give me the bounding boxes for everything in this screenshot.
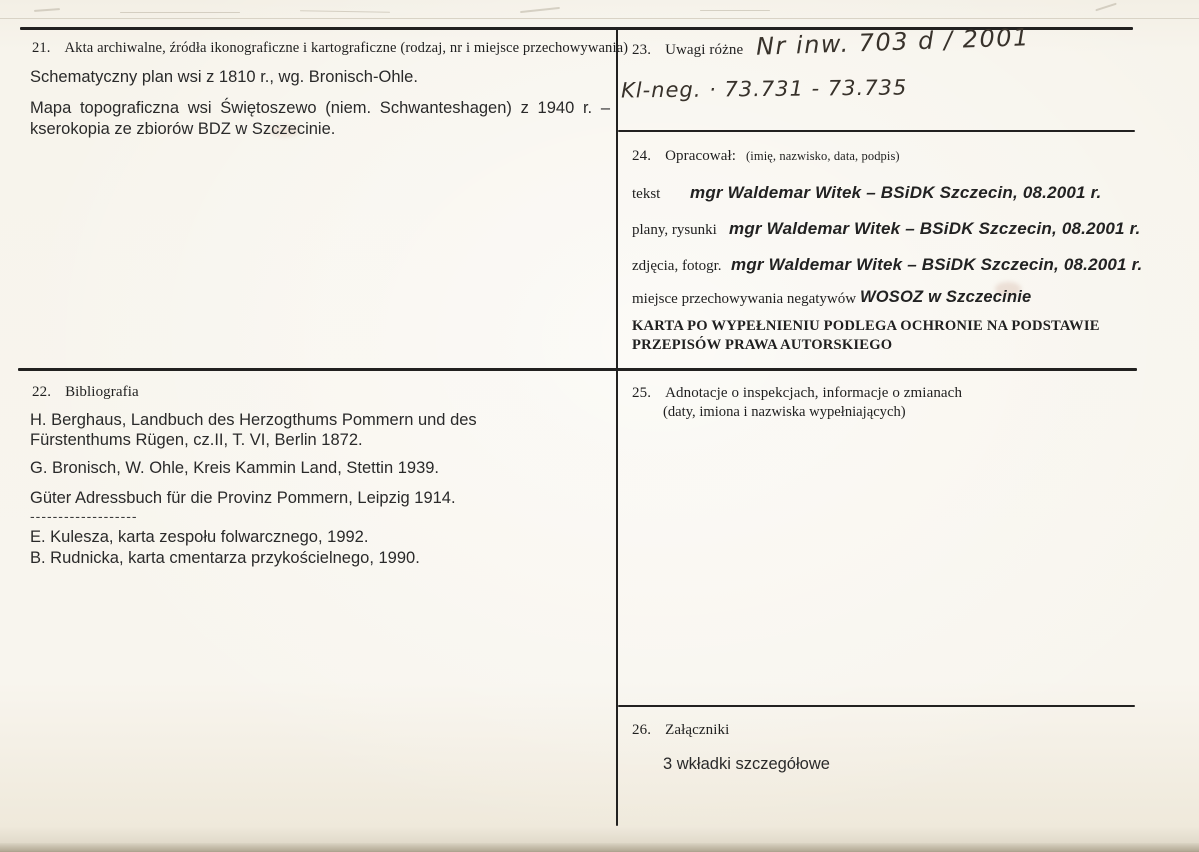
section-21-paragraph-2: Mapa topograficzna wsi Świętoszewo (niem… bbox=[30, 98, 610, 140]
section-21-number: 21. bbox=[32, 40, 51, 56]
bibliography-divider-dashes: ------------------- bbox=[30, 508, 138, 524]
handwritten-negative-numbers: Kl-neg. · 73.731 - 73.735 bbox=[621, 76, 908, 103]
bibliography-entry: H. Berghaus, Landbuch des Herzogthums Po… bbox=[30, 410, 580, 451]
right-divider-above-s26 bbox=[618, 705, 1135, 707]
copyright-notice: KARTA PO WYPEŁNIENIU PODLEGA OCHRONIE NA… bbox=[632, 317, 1140, 355]
scan-bottom-shadow bbox=[0, 843, 1199, 852]
scan-artifact bbox=[700, 10, 770, 11]
scan-artifact bbox=[34, 8, 60, 12]
row-tekst-value: mgr Waldemar Witek – BSiDK Szczecin, 08.… bbox=[690, 183, 1101, 203]
bibliography-entry: B. Rudnicka, karta cmentarza przykościel… bbox=[30, 549, 610, 568]
section-24-header: 24.Opracował:(imię, nazwisko, data, podp… bbox=[632, 148, 900, 165]
section-23-title: Uwagi różne bbox=[665, 42, 743, 58]
scanned-card-page: 21.Akta archiwalne, źródła ikonograficzn… bbox=[0, 0, 1199, 852]
scan-artifact bbox=[300, 10, 390, 13]
scan-artifact bbox=[1095, 3, 1117, 12]
section-25-number: 25. bbox=[632, 385, 651, 401]
bibliography-entry: Güter Adressbuch für die Provinz Pommern… bbox=[30, 489, 610, 508]
scan-artifact bbox=[120, 12, 240, 13]
section-26-header: 26.Załączniki bbox=[632, 722, 729, 739]
section-21-paragraph-1: Schematyczny plan wsi z 1810 r., wg. Bro… bbox=[30, 68, 612, 87]
top-edge-faint-line bbox=[0, 18, 1199, 19]
section-23-header: 23.Uwagi różne bbox=[632, 42, 743, 59]
scan-artifact bbox=[520, 7, 560, 13]
row-zdjecia-label: zdjęcia, fotogr. bbox=[632, 258, 722, 275]
negatives-storage-value: WOSOZ w Szczecinie bbox=[860, 288, 1031, 307]
section-22-title: Bibliografia bbox=[65, 384, 139, 400]
section-25-header: 25.Adnotacje o inspekcjach, informacje o… bbox=[632, 385, 962, 402]
section-25-title: Adnotacje o inspekcjach, informacje o zm… bbox=[665, 385, 962, 401]
middle-divider-rule bbox=[18, 368, 1137, 371]
row-zdjecia-value: mgr Waldemar Witek – BSiDK Szczecin, 08.… bbox=[731, 255, 1142, 275]
negatives-storage-label: miejsce przechowywania negatywów bbox=[632, 291, 856, 308]
section-22-header: 22.Bibliografia bbox=[32, 384, 139, 401]
section-24-number: 24. bbox=[632, 148, 651, 164]
row-plany-value: mgr Waldemar Witek – BSiDK Szczecin, 08.… bbox=[729, 219, 1140, 239]
section-21-header: 21.Akta archiwalne, źródła ikonograficzn… bbox=[32, 40, 628, 57]
row-tekst-label: tekst bbox=[632, 186, 660, 203]
section-26-number: 26. bbox=[632, 722, 651, 738]
right-divider-under-s23 bbox=[618, 130, 1135, 132]
section-23-number: 23. bbox=[632, 42, 651, 58]
section-24-title: Opracował: bbox=[665, 148, 736, 164]
bibliography-entry: E. Kulesza, karta zespołu folwarcznego, … bbox=[30, 528, 610, 547]
bibliography-entry: G. Bronisch, W. Ohle, Kreis Kammin Land,… bbox=[30, 459, 610, 478]
section-26-content: 3 wkładki szczegółowe bbox=[663, 755, 830, 774]
section-22-number: 22. bbox=[32, 384, 51, 400]
row-plany-label: plany, rysunki bbox=[632, 222, 717, 239]
section-25-subtitle: (daty, imiona i nazwiska wypełniających) bbox=[663, 404, 906, 421]
section-26-title: Załączniki bbox=[665, 722, 729, 738]
section-21-title: Akta archiwalne, źródła ikonograficzne i… bbox=[65, 40, 629, 56]
section-24-note: (imię, nazwisko, data, podpis) bbox=[746, 149, 900, 163]
